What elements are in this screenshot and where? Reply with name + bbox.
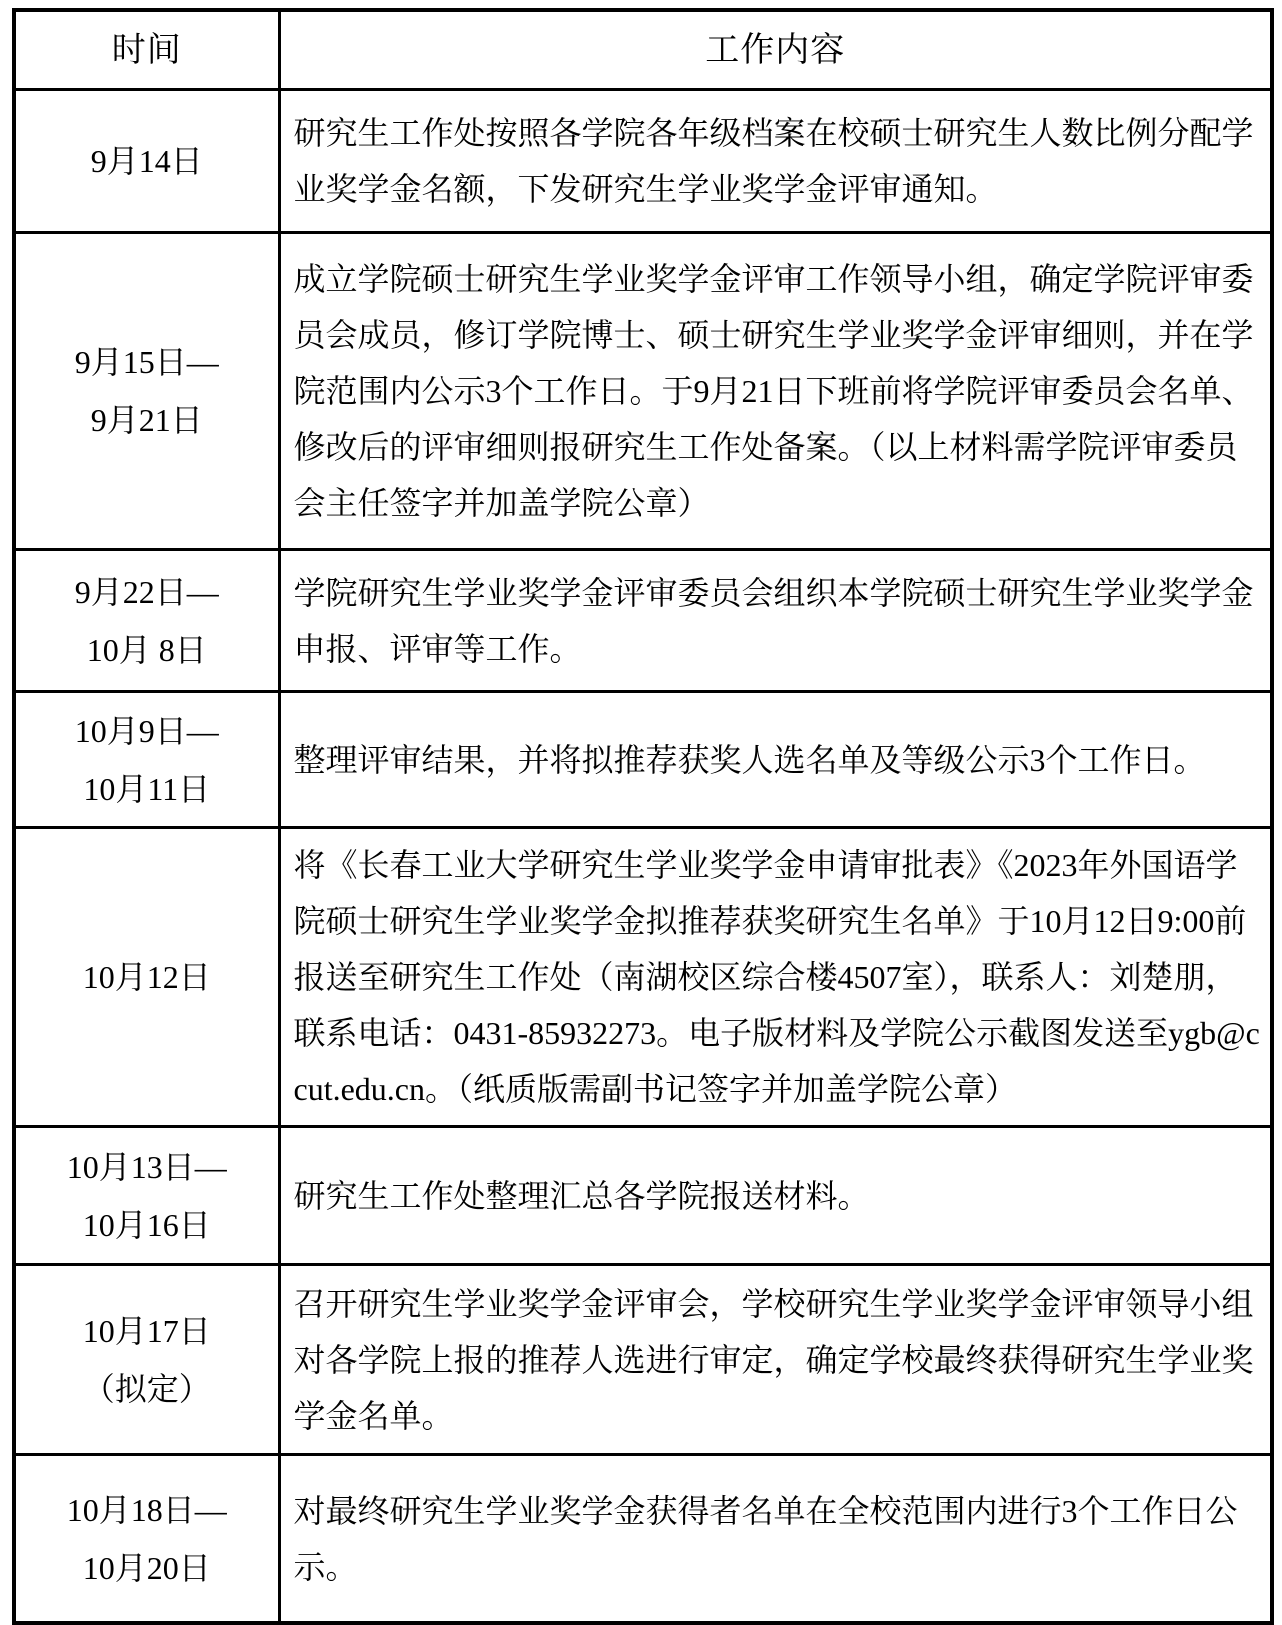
table-row: 10月13日— 10月16日研究生工作处整理汇总各学院报送材料。: [14, 1127, 1272, 1265]
table-body: 9月14日研究生工作处按照各学院各年级档案在校硕士研究生人数比例分配学业奖学金名…: [14, 90, 1272, 1624]
document-page: 时间 工作内容 9月14日研究生工作处按照各学院各年级档案在校硕士研究生人数比例…: [0, 0, 1282, 1470]
table-row: 10月9日— 10月11日整理评审结果，并将拟推荐获奖人选名单及等级公示3个工作…: [14, 692, 1272, 828]
content-cell: 研究生工作处按照各学院各年级档案在校硕士研究生人数比例分配学业奖学金名额，下发研…: [279, 90, 1272, 233]
content-cell: 成立学院硕士研究生学业奖学金评审工作领导小组，确定学院评审委员会成员，修订学院博…: [279, 233, 1272, 550]
time-cell: 10月18日— 10月20日: [14, 1455, 279, 1624]
content-column-header: 工作内容: [279, 10, 1272, 90]
content-cell: 学院研究生学业奖学金评审委员会组织本学院硕士研究生学业奖学金申报、评审等工作。: [279, 550, 1272, 692]
table-row: 10月18日— 10月20日对最终研究生学业奖学金获得者名单在全校范围内进行3个…: [14, 1455, 1272, 1624]
header-row: 时间 工作内容: [14, 10, 1272, 90]
table-row: 10月12日将《长春工业大学研究生学业奖学金申请审批表》《2023年外国语学院硕…: [14, 828, 1272, 1127]
time-column-header: 时间: [14, 10, 279, 90]
table-row: 9月14日研究生工作处按照各学院各年级档案在校硕士研究生人数比例分配学业奖学金名…: [14, 90, 1272, 233]
content-cell: 整理评审结果，并将拟推荐获奖人选名单及等级公示3个工作日。: [279, 692, 1272, 828]
time-cell: 10月17日 （拟定）: [14, 1265, 279, 1455]
content-cell: 对最终研究生学业奖学金获得者名单在全校范围内进行3个工作日公示。: [279, 1455, 1272, 1624]
time-cell: 9月15日— 9月21日: [14, 233, 279, 550]
table-row: 9月15日— 9月21日成立学院硕士研究生学业奖学金评审工作领导小组，确定学院评…: [14, 233, 1272, 550]
content-cell: 召开研究生学业奖学金评审会，学校研究生学业奖学金评审领导小组对各学院上报的推荐人…: [279, 1265, 1272, 1455]
content-cell: 研究生工作处整理汇总各学院报送材料。: [279, 1127, 1272, 1265]
time-cell: 10月13日— 10月16日: [14, 1127, 279, 1265]
table-row: 9月22日— 10月 8日学院研究生学业奖学金评审委员会组织本学院硕士研究生学业…: [14, 550, 1272, 692]
schedule-table: 时间 工作内容 9月14日研究生工作处按照各学院各年级档案在校硕士研究生人数比例…: [12, 8, 1274, 1625]
time-cell: 10月9日— 10月11日: [14, 692, 279, 828]
content-cell: 将《长春工业大学研究生学业奖学金申请审批表》《2023年外国语学院硕士研究生学业…: [279, 828, 1272, 1127]
time-cell: 9月22日— 10月 8日: [14, 550, 279, 692]
time-cell: 10月12日: [14, 828, 279, 1127]
table-row: 10月17日 （拟定）召开研究生学业奖学金评审会，学校研究生学业奖学金评审领导小…: [14, 1265, 1272, 1455]
time-cell: 9月14日: [14, 90, 279, 233]
